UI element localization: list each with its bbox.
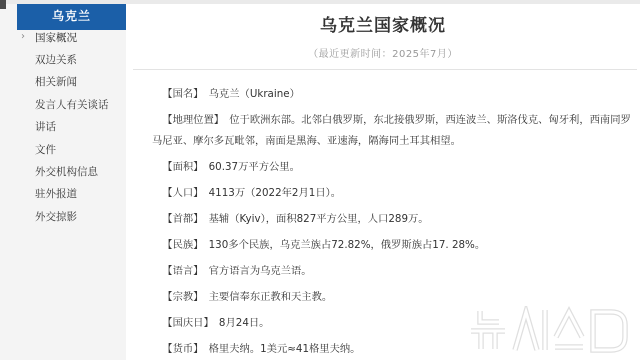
- sidebar-item-label: 文件: [35, 142, 56, 157]
- sidebar-nav: › 国家概况 双边关系 相关新闻 发言人有关谈话 讲话 文件 外交机构信息: [0, 26, 126, 228]
- fact-row: 【地理位置】 位于欧洲东部。北邻白俄罗斯，东北接俄罗斯，西连波兰、斯洛伐克、匈牙…: [152, 110, 634, 152]
- sidebar-item[interactable]: 外交机构信息: [0, 160, 126, 182]
- article-body: 【国名】 乌克兰（Ukraine）【地理位置】 位于欧洲东部。北邻白俄罗斯，东北…: [152, 84, 634, 360]
- sidebar-item-label: 外交机构信息: [35, 164, 98, 179]
- fact-row: 【首都】 基辅（Kyiv），面积827平方公里，人口289万。: [152, 209, 634, 230]
- sidebar-item[interactable]: 文件: [0, 138, 126, 160]
- sidebar-item-label: 驻外报道: [35, 186, 77, 201]
- sidebar-item[interactable]: 相关新闻: [0, 71, 126, 93]
- sidebar-item[interactable]: 驻外报道: [0, 183, 126, 205]
- sidebar-item-label: 发言人有关谈话: [35, 97, 109, 112]
- sidebar-item-label: 双边关系: [35, 52, 77, 67]
- fact-row: 【面积】 60.37万平方公里。: [152, 157, 634, 178]
- sidebar-item-label: 讲话: [35, 119, 56, 134]
- top-edge-strip: [0, 0, 640, 4]
- sidebar-item[interactable]: 发言人有关谈话: [0, 93, 126, 115]
- article-pane: 乌克兰国家概况 （最近更新时间：2025年7月） 【国名】 乌克兰（Ukrain…: [126, 0, 640, 360]
- fact-row: 【宗教】 主要信奉东正教和天主教。: [152, 287, 634, 308]
- fact-row: 【人口】 4113万（2022年2月1日）。: [152, 183, 634, 204]
- sidebar: 乌克兰 › 国家概况 双边关系 相关新闻 发言人有关谈话 讲话 文件: [0, 0, 126, 360]
- fact-row: 【语言】 官方语言为乌克兰语。: [152, 261, 634, 282]
- page-title: 乌克兰国家概况: [126, 11, 640, 36]
- sidebar-item[interactable]: 讲话: [0, 116, 126, 138]
- sidebar-item-label: 相关新闻: [35, 74, 77, 89]
- fact-row: 【国名】 乌克兰（Ukraine）: [152, 84, 634, 105]
- fact-row: 【民族】 130多个民族，乌克兰族占72.82%，俄罗斯族占17. 28%。: [152, 235, 634, 256]
- fact-row: 【国庆日】 8月24日。: [152, 313, 634, 334]
- sidebar-item[interactable]: 双边关系: [0, 48, 126, 70]
- title-divider: [133, 69, 637, 70]
- sidebar-item-label: 国家概况: [35, 30, 77, 45]
- sidebar-item[interactable]: 外交掠影: [0, 205, 126, 227]
- sidebar-item-label: 外交掠影: [35, 209, 77, 224]
- sidebar-item[interactable]: › 国家概况: [0, 26, 126, 48]
- last-updated-note: （最近更新时间：2025年7月）: [126, 45, 640, 60]
- chevron-right-icon: ›: [21, 32, 35, 42]
- screen-corner-artifact: [0, 0, 6, 9]
- fact-row: 【货币】 格里夫纳。1美元≈41格里夫纳。: [152, 339, 634, 360]
